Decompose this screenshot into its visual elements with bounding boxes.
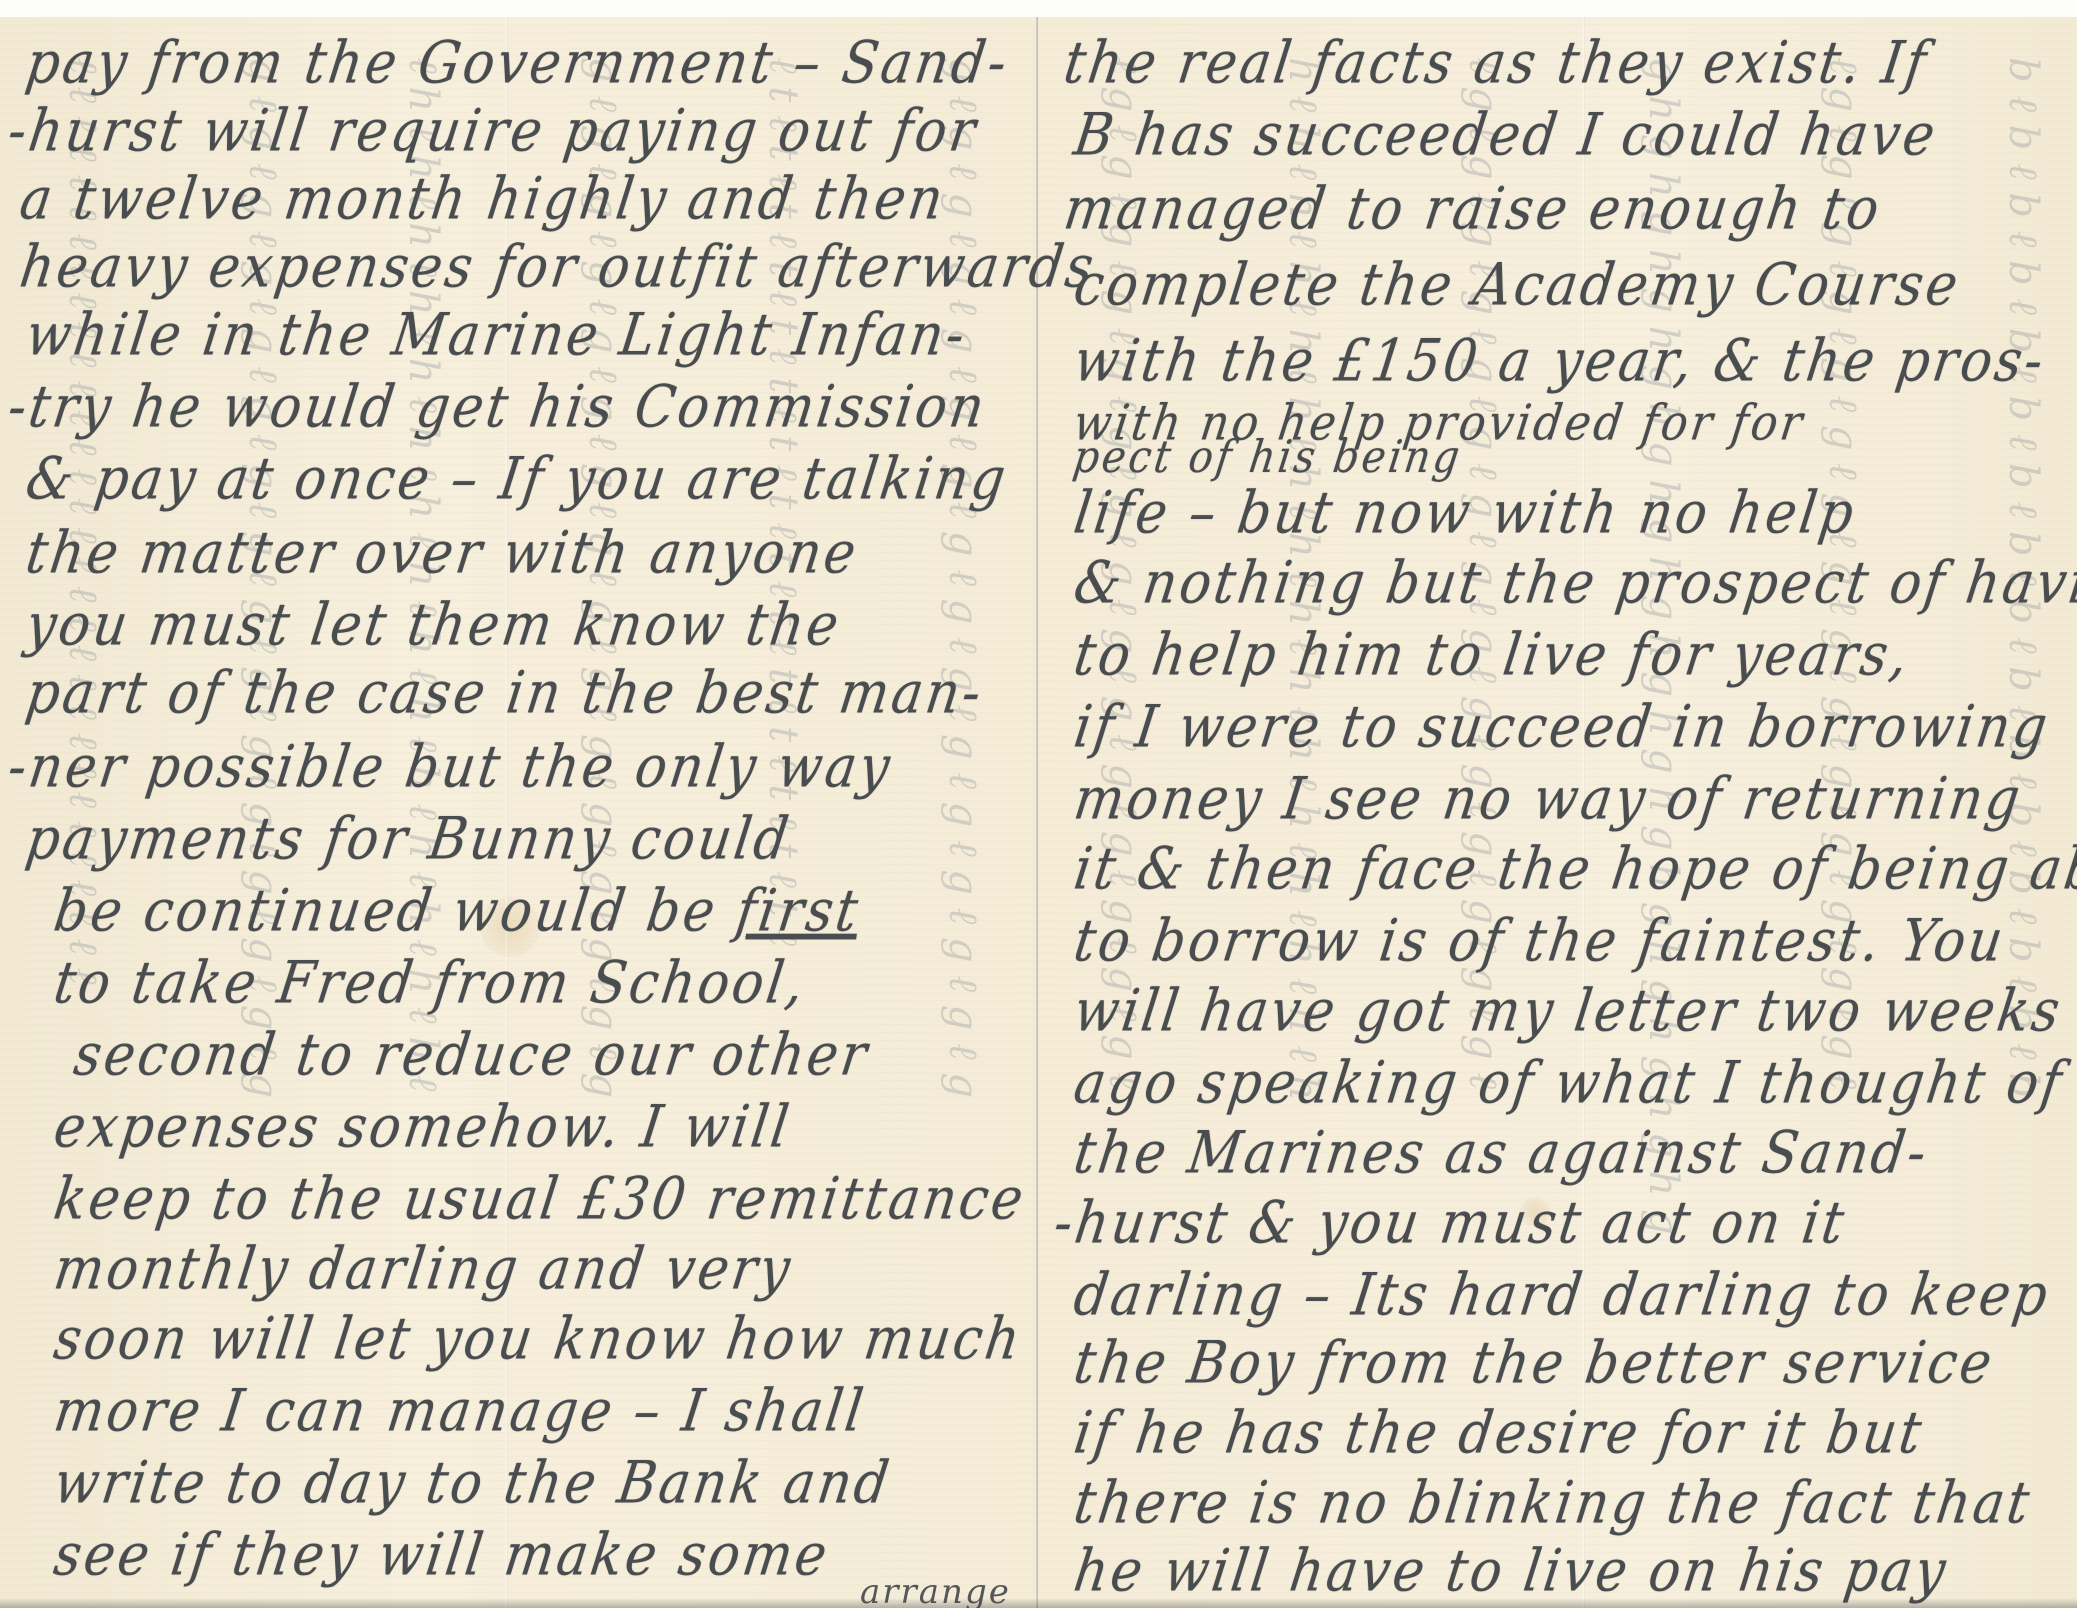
letter-line: it & then face the hope of being able (1070, 836, 2077, 903)
scan-edge-shadow (0, 1598, 2077, 1608)
scanner-margin (0, 0, 2077, 17)
letter-line: with the £150 a year, & the pros- (1070, 328, 2050, 395)
letter-line: to borrow is of the faintest. You (1070, 908, 2010, 975)
letter-line: if he has the desire for it but (1070, 1400, 1928, 1467)
letter-line: he will have to live on his pay (1070, 1538, 1952, 1605)
letter-line: be continued would be first (50, 878, 865, 945)
letter-line: -hurst will require paying out for (4, 98, 982, 165)
letter-line: payments for Bunny could (22, 806, 795, 873)
letter-line: part of the case in the best man- (22, 660, 988, 727)
letter-line: heavy expenses for outfit afterwards (16, 234, 1100, 301)
letter-line: write to day to the Bank and (50, 1450, 896, 1517)
letter-line: money I see no way of returning (1070, 766, 2027, 833)
letter-line: monthly darling and very (50, 1236, 797, 1303)
letter-line: you must let them know the (22, 592, 845, 659)
letter-line: pay from the Government – Sand- (22, 30, 1013, 97)
letter-line: there is no blinking the fact that (1070, 1470, 2036, 1537)
letter-line: see if they will make some (50, 1522, 834, 1589)
letter-line: managed to raise enough to (1060, 176, 1886, 243)
underlined-word: first (732, 878, 865, 945)
letter-line: second to reduce our other (70, 1022, 874, 1089)
left-page: pay from the Government – Sand- -hurst w… (0, 17, 1036, 1608)
right-page: the real facts as they exist. If B has s… (1040, 17, 2077, 1608)
letter-line: complete the Academy Course (1070, 252, 1965, 319)
letter-line: keep to the usual £30 remittance (50, 1166, 1030, 1233)
letter-line: darling – Its hard darling to keep (1070, 1262, 2054, 1329)
letter-line: soon will let you know how much (50, 1306, 1027, 1373)
letter-line: pect of his being (1070, 431, 1466, 483)
letter-line: if I were to succeed in borrowing (1070, 694, 2054, 761)
letter-line: a twelve month highly and then (16, 166, 950, 233)
letter-line: & pay at once – If you are talking (22, 446, 1012, 513)
letter-line: will have got my letter two weeks (1070, 978, 2067, 1045)
letter-line: B has succeeded I could have (1070, 102, 1942, 169)
letter-line: the Boy from the better service (1070, 1330, 1999, 1397)
letter-line: to help him to live for years, (1070, 622, 1915, 689)
letter-line: -try he would get his Commission (4, 374, 991, 441)
letter-line: the matter over with anyone (22, 520, 863, 587)
letter-line: expenses somehow. I will (50, 1094, 796, 1161)
letter-line: to take Fred from School, (50, 950, 811, 1017)
letter-line: -hurst & you must act on it (1050, 1190, 1851, 1257)
letter-line: more I can manage – I shall (50, 1378, 870, 1445)
letter-line: ago speaking of what I thought of (1070, 1050, 2068, 1117)
letter-line: -ner possible but the only way (4, 734, 897, 801)
letter-line: the real facts as they exist. If (1060, 30, 1933, 97)
letter-line: the Marines as against Sand- (1070, 1120, 1933, 1187)
letter-line: & nothing but the prospect of having (1070, 550, 2077, 617)
letter-sheet: ℓ ℓ ℓ ℓ ℓ ℓ ℓ ℓ ℓ ℓ ℓ ℓ ℓ ℓ ℓ ℓ ℓ ℓ ℓ ℓ … (0, 17, 2077, 1608)
letter-line: while in the Marine Light Infan- (22, 302, 972, 369)
letter-line: life – but now with no help (1070, 480, 1860, 547)
